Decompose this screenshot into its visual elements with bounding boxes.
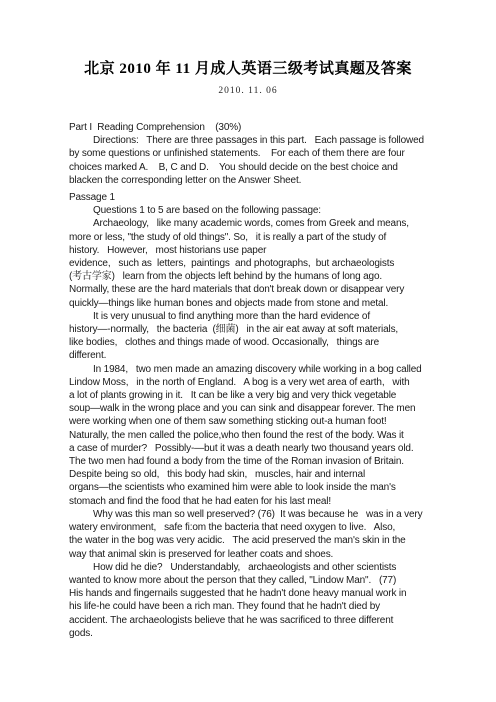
text-line: quickly—things like human bones and obje… — [69, 297, 441, 310]
paragraph-death: How did he die? Understandably, archaeol… — [69, 561, 441, 640]
text-line: his life-he could have been a rich man. … — [69, 600, 441, 613]
text-line: more or less, "the study of old things".… — [69, 231, 441, 244]
passage-1-label: Passage 1 — [69, 191, 441, 204]
paragraph-preservation: Why was this man so well preserved? (76)… — [69, 508, 441, 561]
text-line: gods. — [69, 627, 441, 640]
part-header: Part I Reading Comprehension (30%) — [69, 121, 441, 134]
text-line: organs—the scientists who examined him w… — [69, 481, 441, 494]
document-page: 北京 2010 年 11 月成人英语三级考试真题及答案 2010. 11. 06… — [0, 0, 496, 702]
text-line: Naturally, the men called the police,who… — [69, 429, 441, 442]
text-line: Questions 1 to 5 are based on the follow… — [69, 204, 441, 217]
text-line: by some questions or unfinished statemen… — [69, 147, 441, 160]
text-line: Despite being so old, this body had skin… — [69, 468, 441, 481]
text-line: Normally, these are the hard materials t… — [69, 283, 441, 296]
text-line: wanted to know more about the person tha… — [69, 574, 441, 587]
text-line: Why was this man so well preserved? (76)… — [69, 508, 441, 521]
text-line: How did he die? Understandably, archaeol… — [69, 561, 441, 574]
paragraph-1984-discovery: In 1984, two men made an amazing discove… — [69, 363, 441, 508]
document-title: 北京 2010 年 11 月成人英语三级考试真题及答案 — [0, 0, 496, 79]
text-line: His hands and fingernails suggested that… — [69, 587, 441, 600]
text-line: stomach and find the food that he had ea… — [69, 495, 441, 508]
paragraph-hard-evidence: It is very unusual to find anything more… — [69, 310, 441, 363]
text-line: the water in the bog was very acidic. Th… — [69, 534, 441, 547]
text-line: In 1984, two men made an amazing discove… — [69, 363, 441, 376]
passage-1-intro: Questions 1 to 5 are based on the follow… — [69, 204, 441, 217]
text-line: Passage 1 — [69, 191, 441, 204]
text-line: history. However, most historians use pa… — [69, 244, 441, 257]
text-line: blacken the corresponding letter on the … — [69, 174, 441, 187]
text-line: way that animal skin is preserved for le… — [69, 548, 441, 561]
text-line: (考古学家) learn from the objects left behin… — [69, 270, 441, 283]
text-line: soup—walk in the wrong place and you can… — [69, 402, 441, 415]
text-line: The two men had found a body from the ti… — [69, 455, 441, 468]
text-line: evidence, such as letters, paintings and… — [69, 257, 441, 270]
text-line: a case of murder? Possibly-—but it was a… — [69, 442, 441, 455]
text-line: choices marked A. B, C and D. You should… — [69, 161, 441, 174]
text-line: Lindow Moss, in the north of England. A … — [69, 376, 441, 389]
text-line: watery environment, safe fi:om the bacte… — [69, 521, 441, 534]
document-body: Part I Reading Comprehension (30%)Direct… — [69, 121, 441, 640]
text-line: different. — [69, 349, 441, 362]
text-line: history—-normally, the bacteria (细菌) in … — [69, 323, 441, 336]
text-line: were working when one of them saw someth… — [69, 415, 441, 428]
directions-paragraph: Directions: There are three passages in … — [69, 134, 441, 187]
text-line: Archaeology, like many academic words, c… — [69, 217, 441, 230]
text-line: Part I Reading Comprehension (30%) — [69, 121, 441, 134]
text-line: It is very unusual to find anything more… — [69, 310, 441, 323]
text-line: a lot of plants growing in it. It can be… — [69, 389, 441, 402]
text-line: accident. The archaeologists believe tha… — [69, 614, 441, 627]
paragraph-archaeology: Archaeology, like many academic words, c… — [69, 217, 441, 309]
text-line: like bodies, clothes and things made of … — [69, 336, 441, 349]
document-date: 2010. 11. 06 — [0, 86, 496, 96]
text-line: Directions: There are three passages in … — [69, 134, 441, 147]
